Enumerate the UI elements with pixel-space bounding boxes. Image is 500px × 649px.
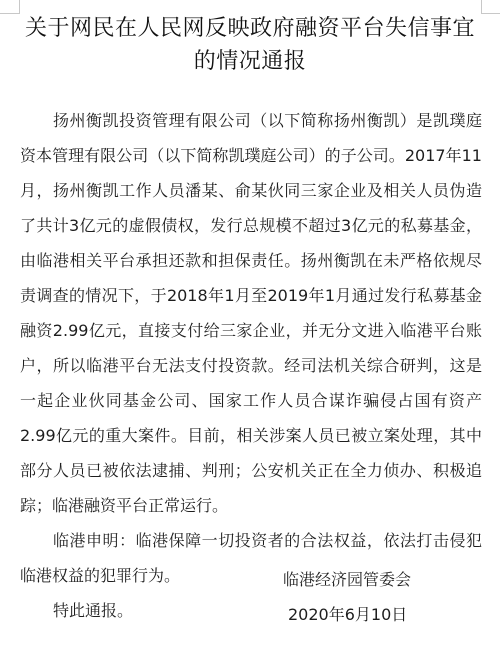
- title-line-2: 的情况通报: [0, 45, 500, 78]
- signature-block: 临港经济园管委会 2020年6月10日: [283, 562, 411, 632]
- document-body: 扬州衡凯投资管理有限公司（以下简称扬州衡凯）是凯璞庭资本管理有限公司（以下简称凯…: [20, 103, 482, 628]
- paragraph-declaration: 临港申明：临港保障一切投资者的合法权益，依法打击侵犯临港权益的犯罪行为。: [20, 523, 482, 593]
- title-line-1: 关于网民在人民网反映政府融资平台失信事宜: [0, 12, 500, 45]
- document-title: 关于网民在人民网反映政府融资平台失信事宜 的情况通报: [0, 12, 500, 78]
- paragraph-closing: 特此通报。: [20, 593, 482, 628]
- signing-organization: 临港经济园管委会: [283, 562, 411, 597]
- paragraph-incident-details: 扬州衡凯投资管理有限公司（以下简称扬州衡凯）是凯璞庭资本管理有限公司（以下简称凯…: [20, 103, 482, 523]
- signing-date: 2020年6月10日: [283, 597, 411, 632]
